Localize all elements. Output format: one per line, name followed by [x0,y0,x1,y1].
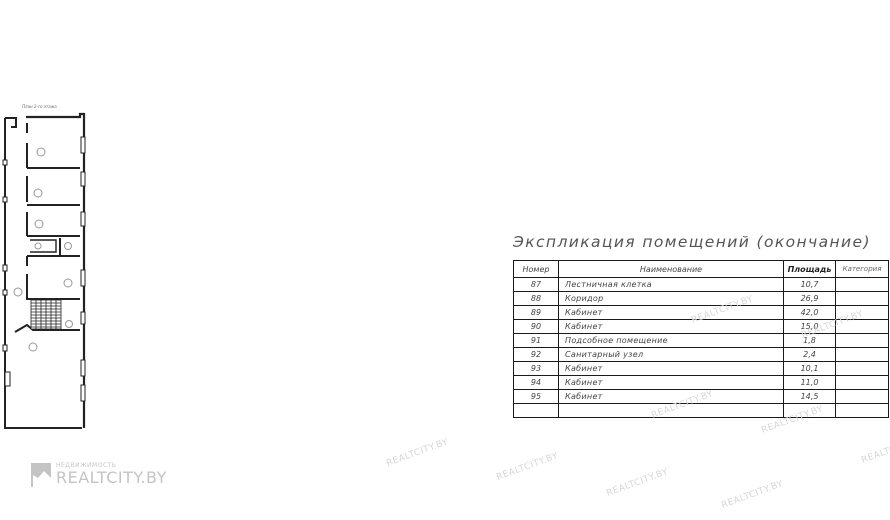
room-number: 95 [514,390,559,404]
room-category [836,404,889,418]
room-number: 90 [514,320,559,334]
column-header-area: Площадь [784,261,836,278]
table-row: 92Санитарный узел2,4 [514,348,889,362]
room-name: Кабинет [559,390,784,404]
watermark-diagonal: REALTCITY.BY [720,479,785,511]
table-row: 94Кабинет11,0 [514,376,889,390]
column-header-name: Наименование [559,261,784,278]
watermark-diagonal: REALTCITY.BY [605,467,670,499]
room-number: 93 [514,362,559,376]
table-row: 87Лестничная клетка10,7 [514,278,889,292]
room-number: 89 [514,306,559,320]
room-category [836,362,889,376]
room-name: Лестничная клетка [559,278,784,292]
realtcity-watermark-logo: НЕДВИЖИМОСТЬ REALTCITY.BY [30,461,167,487]
floor-plan [0,100,100,440]
room-name: Кабинет [559,306,784,320]
room-category [836,390,889,404]
room-number [514,404,559,418]
column-header-category: Категория [836,261,889,278]
room-number: 88 [514,292,559,306]
table-row: 88Коридор26,9 [514,292,889,306]
room-area: 10,1 [784,362,836,376]
table-row [514,404,889,418]
room-number: 91 [514,334,559,348]
room-area: 42,0 [784,306,836,320]
table-row: 93Кабинет10,1 [514,362,889,376]
room-area: 14,5 [784,390,836,404]
watermark-diagonal: REALTCITY.BY [860,434,890,466]
room-number: 94 [514,376,559,390]
room-number: 92 [514,348,559,362]
room-area: 10,7 [784,278,836,292]
room-category [836,376,889,390]
room-number: 87 [514,278,559,292]
room-category [836,278,889,292]
room-area: 2,4 [784,348,836,362]
table-row: 91Подсобное помещение1,8 [514,334,889,348]
room-category [836,292,889,306]
table-header-row: Номер Наименование Площадь Категория [514,261,889,278]
column-header-number: Номер [514,261,559,278]
watermark-brand: REALTCITY.BY [56,469,167,486]
room-category [836,334,889,348]
flag-logo-icon [30,461,52,487]
room-name: Кабинет [559,362,784,376]
watermark-diagonal: REALTCITY.BY [495,451,560,483]
room-name: Кабинет [559,376,784,390]
watermark-diagonal: REALTCITY.BY [385,437,450,469]
room-area: 11,0 [784,376,836,390]
explication-title: Экспликация помещений (окончание) [513,233,871,251]
room-category [836,348,889,362]
room-name: Кабинет [559,320,784,334]
room-name: Санитарный узел [559,348,784,362]
room-name: Подсобное помещение [559,334,784,348]
room-area: 26,9 [784,292,836,306]
